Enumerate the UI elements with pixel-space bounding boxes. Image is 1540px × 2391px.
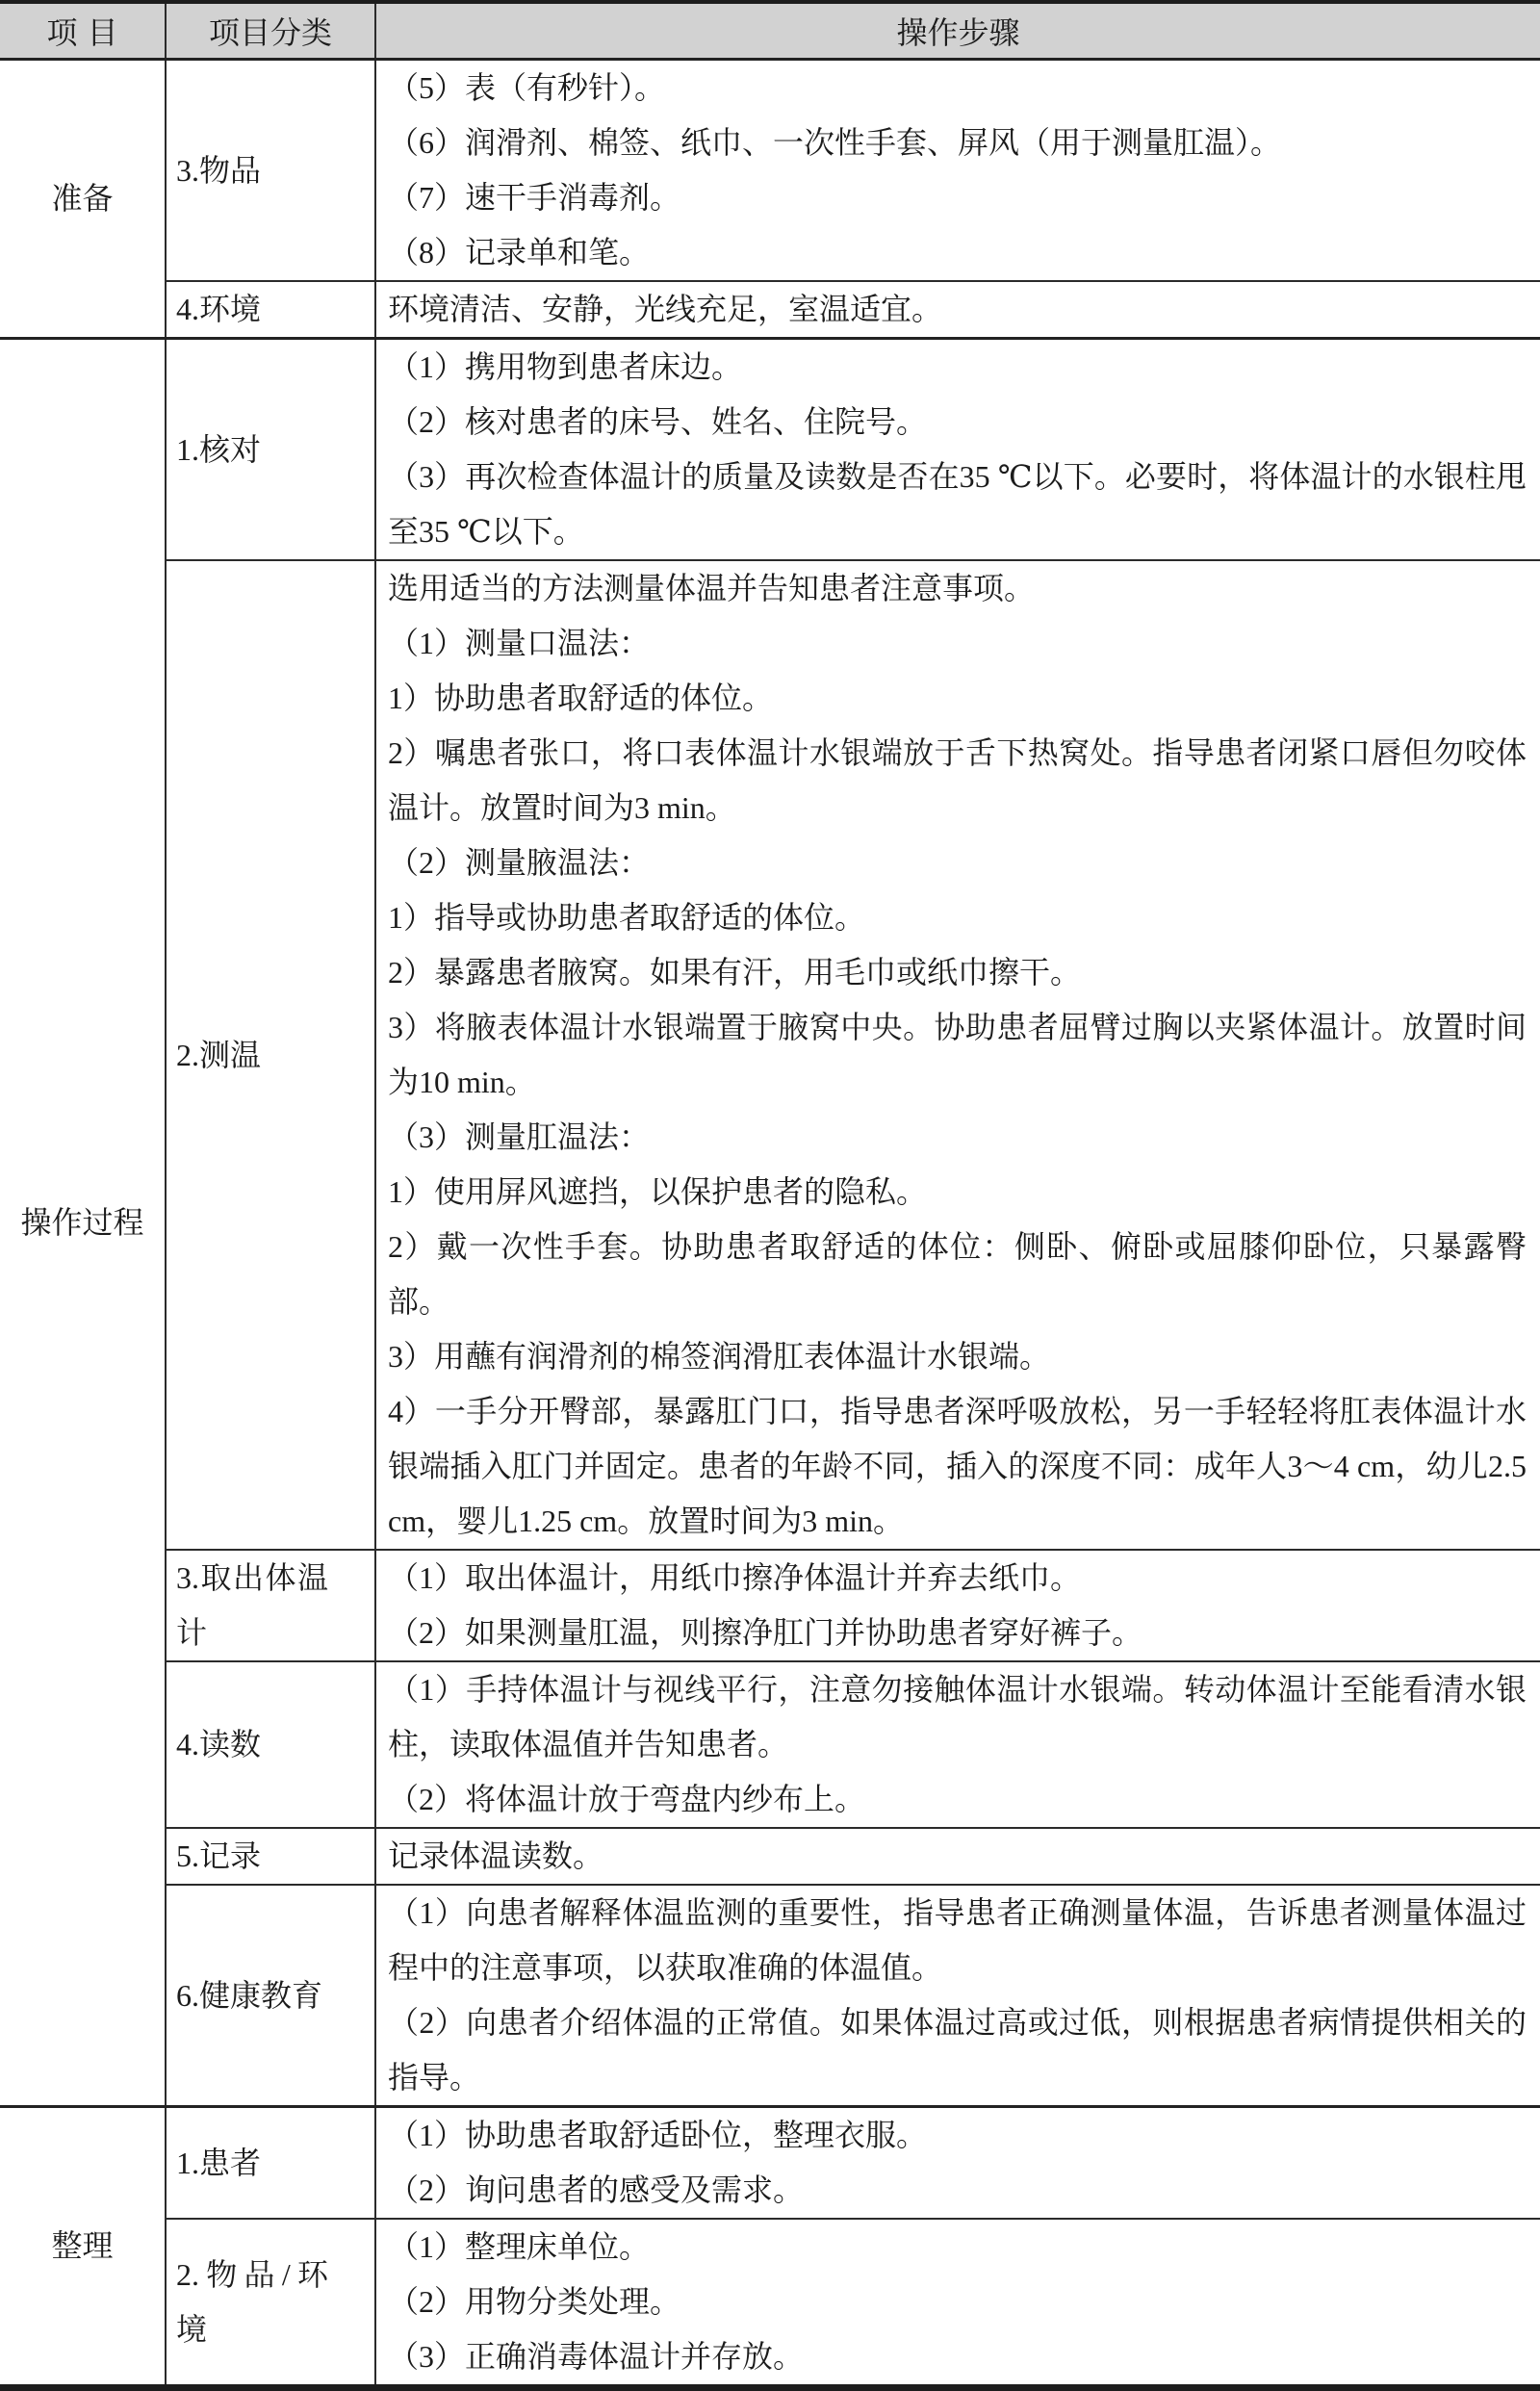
category-cell: 3.物品 (166, 60, 375, 282)
steps-cell: （1）携用物到患者床边。（2）核对患者的床号、姓名、住院号。（3）再次检查体温计… (375, 339, 1540, 561)
table-row: 操作过程1.核对（1）携用物到患者床边。（2）核对患者的床号、姓名、住院号。（3… (0, 339, 1540, 561)
step-text: （1）携用物到患者床边。 (388, 340, 1527, 395)
category-cell: 2.物品/环境 (166, 2219, 375, 2388)
step-text: （7）速干手消毒剂。 (388, 170, 1527, 225)
step-text: （3）再次检查体温计的质量及读数是否在35 ℃以下。必要时，将体温计的水银柱甩至… (388, 450, 1527, 559)
step-text: （2）向患者介绍体温的正常值。如果体温过高或过低，则根据患者病情提供相关的指导。 (388, 1995, 1527, 2105)
header-row: 项目 项目分类 操作步骤 (0, 2, 1540, 60)
step-text: （1）测量口温法： (388, 616, 1527, 671)
step-text: （2）询问患者的感受及需求。 (388, 2163, 1527, 2218)
step-text: 3）用蘸有润滑剂的棉签润滑肛表体温计水银端。 (388, 1329, 1527, 1384)
step-text: 2）戴一次性手套。协助患者取舒适的体位：侧卧、俯卧或屈膝仰卧位，只暴露臀部。 (388, 1220, 1527, 1329)
procedure-table: 项目 项目分类 操作步骤 准备3.物品（5）表（有秒针）。（6）润滑剂、棉签、纸… (0, 0, 1540, 2391)
step-text: （1）整理床单位。 (388, 2220, 1527, 2275)
step-text: 2）暴露患者腋窝。如果有汗，用毛巾或纸巾擦干。 (388, 945, 1527, 1000)
category-cell: 4.环境 (166, 281, 375, 339)
header-steps: 操作步骤 (375, 2, 1540, 60)
step-text: （1）协助患者取舒适卧位，整理衣服。 (388, 2108, 1527, 2163)
step-text: （2）将体温计放于弯盘内纱布上。 (388, 1772, 1527, 1827)
step-text: 选用适当的方法测量体温并告知患者注意事项。 (388, 561, 1527, 616)
table-row: 2.测温选用适当的方法测量体温并告知患者注意事项。（1）测量口温法：1）协助患者… (0, 560, 1540, 1550)
table-row: 4.读数（1）手持体温计与视线平行，注意勿接触体温计水银端。转动体温计至能看清水… (0, 1661, 1540, 1828)
category-cell: 2.测温 (166, 560, 375, 1550)
table-row: 3.取出体温计（1）取出体温计，用纸巾擦净体温计并弃去纸巾。（2）如果测量肛温，… (0, 1550, 1540, 1661)
step-text: 4）一手分开臀部，暴露肛门口，指导患者深呼吸放松，另一手轻轻将肛表体温计水银端插… (388, 1384, 1527, 1549)
step-text: 1）协助患者取舒适的体位。 (388, 671, 1527, 726)
steps-cell: （1）向患者解释体温监测的重要性，指导患者正确测量体温，告诉患者测量体温过程中的… (375, 1885, 1540, 2107)
item-cell: 整理 (0, 2107, 166, 2388)
step-text: （2）核对患者的床号、姓名、住院号。 (388, 395, 1527, 450)
step-text: （1）手持体温计与视线平行，注意勿接触体温计水银端。转动体温计至能看清水银柱，读… (388, 1662, 1527, 1772)
category-cell: 1.患者 (166, 2107, 375, 2220)
header-category: 项目分类 (166, 2, 375, 60)
table-row: 6.健康教育（1）向患者解释体温监测的重要性，指导患者正确测量体温，告诉患者测量… (0, 1885, 1540, 2107)
step-text: （2）如果测量肛温，则擦净肛门并协助患者穿好裤子。 (388, 1606, 1527, 1660)
category-cell: 5.记录 (166, 1828, 375, 1885)
step-text: （3）正确消毒体温计并存放。 (388, 2329, 1527, 2384)
step-text: （1）取出体温计，用纸巾擦净体温计并弃去纸巾。 (388, 1551, 1527, 1606)
steps-cell: 记录体温读数。 (375, 1828, 1540, 1885)
step-text: 记录体温读数。 (388, 1829, 1527, 1884)
table-row: 2.物品/环境（1）整理床单位。（2）用物分类处理。（3）正确消毒体温计并存放。 (0, 2219, 1540, 2388)
item-cell: 准备 (0, 60, 166, 339)
table-body: 准备3.物品（5）表（有秒针）。（6）润滑剂、棉签、纸巾、一次性手套、屏风（用于… (0, 60, 1540, 2388)
table-row: 整理1.患者（1）协助患者取舒适卧位，整理衣服。（2）询问患者的感受及需求。 (0, 2107, 1540, 2220)
category-cell: 1.核对 (166, 339, 375, 561)
item-cell: 操作过程 (0, 339, 166, 2107)
step-text: （1）向患者解释体温监测的重要性，指导患者正确测量体温，告诉患者测量体温过程中的… (388, 1886, 1527, 1995)
steps-cell: （1）协助患者取舒适卧位，整理衣服。（2）询问患者的感受及需求。 (375, 2107, 1540, 2220)
step-text: （3）测量肛温法： (388, 1110, 1527, 1165)
step-text: （8）记录单和笔。 (388, 225, 1527, 280)
table-row: 5.记录记录体温读数。 (0, 1828, 1540, 1885)
category-cell: 6.健康教育 (166, 1885, 375, 2107)
steps-cell: （1）取出体温计，用纸巾擦净体温计并弃去纸巾。（2）如果测量肛温，则擦净肛门并协… (375, 1550, 1540, 1661)
header-item: 项目 (0, 2, 166, 60)
step-text: 1）使用屏风遮挡，以保护患者的隐私。 (388, 1165, 1527, 1220)
step-text: 3）将腋表体温计水银端置于腋窝中央。协助患者屈臂过胸以夹紧体温计。放置时间为10… (388, 1000, 1527, 1110)
category-cell: 4.读数 (166, 1661, 375, 1828)
steps-cell: （1）整理床单位。（2）用物分类处理。（3）正确消毒体温计并存放。 (375, 2219, 1540, 2388)
steps-cell: 环境清洁、安静，光线充足，室温适宜。 (375, 281, 1540, 339)
step-text: （5）表（有秒针）。 (388, 61, 1527, 116)
step-text: （2）测量腋温法： (388, 836, 1527, 890)
step-text: 环境清洁、安静，光线充足，室温适宜。 (388, 282, 1527, 337)
step-text: （2）用物分类处理。 (388, 2275, 1527, 2329)
steps-cell: （5）表（有秒针）。（6）润滑剂、棉签、纸巾、一次性手套、屏风（用于测量肛温）。… (375, 60, 1540, 282)
table-row: 4.环境环境清洁、安静，光线充足，室温适宜。 (0, 281, 1540, 339)
steps-cell: 选用适当的方法测量体温并告知患者注意事项。（1）测量口温法：1）协助患者取舒适的… (375, 560, 1540, 1550)
category-cell: 3.取出体温计 (166, 1550, 375, 1661)
table-row: 准备3.物品（5）表（有秒针）。（6）润滑剂、棉签、纸巾、一次性手套、屏风（用于… (0, 60, 1540, 282)
steps-cell: （1）手持体温计与视线平行，注意勿接触体温计水银端。转动体温计至能看清水银柱，读… (375, 1661, 1540, 1828)
step-text: 2）嘱患者张口，将口表体温计水银端放于舌下热窝处。指导患者闭紧口唇但勿咬体温计。… (388, 726, 1527, 836)
step-text: （6）润滑剂、棉签、纸巾、一次性手套、屏风（用于测量肛温）。 (388, 116, 1527, 170)
step-text: 1）指导或协助患者取舒适的体位。 (388, 890, 1527, 945)
